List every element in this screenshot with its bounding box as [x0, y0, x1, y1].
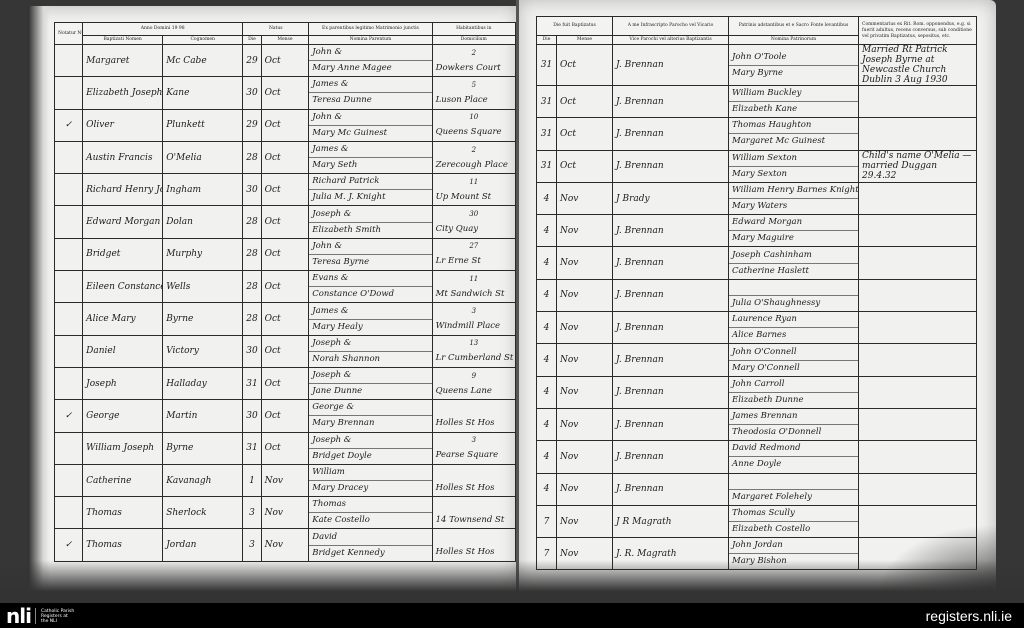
baptism-day: 4 — [537, 344, 557, 376]
baptism-month: Nov — [557, 344, 613, 376]
mother-name: Mary Healy — [309, 320, 431, 335]
father-name: Thomas — [309, 497, 431, 513]
mother-name: Mary Brennan — [309, 416, 431, 431]
address-street: Holles St Hos — [433, 416, 515, 431]
sponsors-names: Thomas ScullyElizabeth Costello — [729, 505, 859, 537]
minister-name: J. Brennan — [613, 279, 729, 311]
address-number — [433, 401, 515, 416]
table-row: ✓GeorgeMartin30OctGeorge &Mary BrennanHo… — [55, 400, 516, 432]
birth-day: 29 — [243, 109, 261, 141]
register-note — [859, 215, 977, 247]
parents-names: Joseph &Norah Shannon — [309, 335, 432, 367]
table-row: Alice MaryByrne28OctJames &Mary Healy3Wi… — [55, 303, 516, 335]
child-surname: Ingham — [163, 174, 243, 206]
birth-day: 30 — [243, 174, 261, 206]
register-note — [859, 408, 977, 440]
header-nomina-parentum: Nomina Parentum — [309, 36, 432, 45]
godfather-name: Edward Morgan — [729, 215, 858, 231]
godfather-name: Laurence Ryan — [729, 312, 858, 328]
address-street: Mt Sandwich St — [433, 287, 515, 302]
address-number: 11 — [433, 175, 515, 190]
birth-day: 30 — [243, 77, 261, 109]
mother-name: Teresa Byrne — [309, 255, 431, 270]
sponsors-names: Margaret Folehely — [729, 473, 859, 505]
sponsors-names: John O'ConnellMary O'Connell — [729, 344, 859, 376]
father-name: David — [309, 530, 431, 546]
address-street: Holles St Hos — [433, 481, 515, 496]
birth-month: Oct — [261, 141, 309, 173]
baptism-day: 4 — [537, 376, 557, 408]
table-row: Elizabeth JosephineKane30OctJames &Teres… — [55, 77, 516, 109]
father-name: James & — [309, 77, 431, 93]
table-row: 4NovJ. BrennanJohn O'ConnellMary O'Conne… — [537, 344, 977, 376]
address-street: Pearse Square — [433, 448, 515, 463]
father-name: Richard Patrick — [309, 174, 431, 190]
father-name: Joseph & — [309, 368, 431, 384]
child-surname: Wells — [163, 271, 243, 303]
birth-month: Oct — [261, 174, 309, 206]
mother-name: Kate Costello — [309, 513, 431, 528]
residence: Holles St Hos — [432, 464, 515, 496]
birth-day: 31 — [243, 367, 261, 399]
baptism-day: 31 — [537, 150, 557, 182]
baptism-month: Nov — [557, 215, 613, 247]
birth-month: Oct — [261, 367, 309, 399]
register-note — [859, 279, 977, 311]
header-numerus: Notatur Numerus — [55, 23, 83, 45]
father-name: William — [309, 465, 431, 481]
birth-day: 28 — [243, 238, 261, 270]
birth-day: 28 — [243, 271, 261, 303]
address-street: Dowkers Court — [433, 61, 515, 76]
register-note: Married Rt Patrick Joseph Byrne at Newca… — [859, 45, 977, 86]
mother-name: Bridget Doyle — [309, 449, 431, 464]
child-surname: Victory — [163, 335, 243, 367]
godfather-name — [729, 280, 858, 296]
godmother-name: Mary Waters — [729, 199, 858, 214]
residence: 9Queens Lane — [432, 367, 515, 399]
verified-mark — [55, 45, 83, 77]
father-name: James & — [309, 304, 431, 320]
parents-names: Joseph &Elizabeth Smith — [309, 206, 432, 238]
godmother-name: Anne Doyle — [729, 457, 858, 472]
minister-name: J. Brennan — [613, 215, 729, 247]
baptism-month: Oct — [557, 150, 613, 182]
godmother-name: Mary Byrne — [729, 66, 858, 81]
address-number: 30 — [433, 207, 515, 222]
verified-mark: ✓ — [55, 109, 83, 141]
parents-names: James &Mary Healy — [309, 303, 432, 335]
baptism-month: Nov — [557, 505, 613, 537]
minister-name: J. Brennan — [613, 150, 729, 182]
godmother-name: Margaret Folehely — [729, 490, 858, 505]
table-row: 4NovJ. BrennanJohn CarrollElizabeth Dunn… — [537, 376, 977, 408]
residence: 10Queens Square — [432, 109, 515, 141]
address-number: 10 — [433, 110, 515, 125]
register-note — [859, 505, 977, 537]
table-row: 31OctJ. BrennanWilliam BuckleyElizabeth … — [537, 86, 977, 118]
logo-text-line: the NLI — [41, 619, 74, 624]
minister-name: J. Brennan — [613, 408, 729, 440]
birth-day: 30 — [243, 400, 261, 432]
birth-month: Oct — [261, 271, 309, 303]
mother-name: Jane Dunne — [309, 384, 431, 399]
footer-bar: nli Catholic Parish Registers at the NLI… — [0, 603, 1024, 628]
baptism-day: 7 — [537, 505, 557, 537]
birth-month: Oct — [261, 109, 309, 141]
address-number: 11 — [433, 272, 515, 287]
birth-month: Oct — [261, 400, 309, 432]
address-number: 3 — [433, 433, 515, 448]
child-name: Bridget — [83, 238, 163, 270]
parents-names: James &Mary Seth — [309, 141, 432, 173]
child-surname: Kane — [163, 77, 243, 109]
residence: 13Lr Cumberland St — [432, 335, 515, 367]
address-street: City Quay — [433, 222, 515, 237]
mother-name: Mary Mc Guinest — [309, 126, 431, 141]
parents-names: John &Mary Anne Magee — [309, 45, 432, 77]
parents-names: Evans &Constance O'Dowd — [309, 271, 432, 303]
baptism-month: Nov — [557, 247, 613, 279]
parents-names: James &Teresa Dunne — [309, 77, 432, 109]
verified-mark — [55, 238, 83, 270]
birth-day: 3 — [243, 497, 261, 529]
child-name: Elizabeth Josephine — [83, 77, 163, 109]
godmother-name: Margaret Mc Guinest — [729, 134, 858, 149]
child-name: Austin Francis — [83, 141, 163, 173]
header-mense: Mense — [557, 36, 613, 45]
godfather-name: William Buckley — [729, 86, 858, 102]
baptism-day: 4 — [537, 247, 557, 279]
logo-text: Catholic Parish Registers at the NLI — [41, 609, 74, 624]
mother-name: Norah Shannon — [309, 352, 431, 367]
godfather-name: John Carroll — [729, 377, 858, 393]
child-surname: Dolan — [163, 206, 243, 238]
father-name: Evans & — [309, 271, 431, 287]
header-notes: Commentarius ex Rit. Rom. opponendus, e.… — [859, 17, 977, 45]
parents-names: John &Mary Mc Guinest — [309, 109, 432, 141]
verified-mark — [55, 271, 83, 303]
child-surname: Murphy — [163, 238, 243, 270]
sponsors-names: Edward MorganMary Maguire — [729, 215, 859, 247]
residence: 14 Townsend St — [432, 497, 515, 529]
logo-divider — [35, 608, 36, 624]
address-number: 2 — [433, 46, 515, 61]
register-note — [859, 182, 977, 214]
minister-name: J. Brennan — [613, 312, 729, 344]
baptism-month: Nov — [557, 312, 613, 344]
nli-logo-mark: nli — [6, 607, 31, 625]
mother-name: Mary Dracey — [309, 481, 431, 496]
table-row: 4NovJ. BrennanJoseph CashinhamCatherine … — [537, 247, 977, 279]
table-row: Richard Henry JosephIngham30OctRichard P… — [55, 174, 516, 206]
child-name: Thomas — [83, 529, 163, 561]
table-row: Edward MorganDolan28OctJoseph &Elizabeth… — [55, 206, 516, 238]
birth-day: 28 — [243, 141, 261, 173]
birth-month: Oct — [261, 238, 309, 270]
table-row: JosephHalladay31OctJoseph &Jane Dunne9Qu… — [55, 367, 516, 399]
child-name: Edward Morgan — [83, 206, 163, 238]
godmother-name: Julia O'Shaughnessy — [729, 296, 858, 311]
father-name: Joseph & — [309, 336, 431, 352]
verified-mark — [55, 174, 83, 206]
verified-mark: ✓ — [55, 529, 83, 561]
table-row: 4NovJ. BrennanLaurence RyanAlice Barnes — [537, 312, 977, 344]
child-name: Alice Mary — [83, 303, 163, 335]
godmother-name: Catherine Haslett — [729, 264, 858, 279]
header-minister: A me Infrascripto Parocho vel Vicario — [613, 17, 729, 36]
baptism-day: 31 — [537, 118, 557, 150]
residence: 11Up Mount St — [432, 174, 515, 206]
residence: 11Mt Sandwich St — [432, 271, 515, 303]
baptism-day: 4 — [537, 182, 557, 214]
child-name: Margaret — [83, 45, 163, 77]
father-name: Joseph & — [309, 433, 431, 449]
father-name: John & — [309, 110, 431, 126]
baptism-month: Nov — [557, 441, 613, 473]
address-street: Queens Square — [433, 125, 515, 140]
sponsors-names: John O'TooleMary Byrne — [729, 45, 859, 86]
birth-day: 29 — [243, 45, 261, 77]
mother-name: Mary Seth — [309, 158, 431, 173]
birth-day: 28 — [243, 206, 261, 238]
register-scan: Notatur Numerus Anno Domini 19 98 Natus … — [0, 0, 1024, 603]
register-note — [859, 344, 977, 376]
sponsors-names: William BuckleyElizabeth Kane — [729, 86, 859, 118]
godfather-name: James Brennan — [729, 409, 858, 425]
birth-month: Nov — [261, 529, 309, 561]
address-number: 5 — [433, 78, 515, 93]
child-surname: Byrne — [163, 303, 243, 335]
birth-month: Oct — [261, 77, 309, 109]
nli-logo[interactable]: nli Catholic Parish Registers at the NLI — [6, 607, 74, 625]
address-number — [433, 466, 515, 481]
father-name: John & — [309, 239, 431, 255]
child-name: Joseph — [83, 367, 163, 399]
godmother-name: Mary O'Connell — [729, 361, 858, 376]
child-name: Daniel — [83, 335, 163, 367]
godfather-name: John O'Toole — [729, 50, 858, 66]
godfather-name: David Redmond — [729, 441, 858, 457]
register-note — [859, 118, 977, 150]
address-number — [433, 530, 515, 545]
header-anno-domini: Anno Domini 19 98 — [83, 23, 243, 36]
father-name: Joseph & — [309, 207, 431, 223]
godfather-name: Joseph Cashinham — [729, 248, 858, 264]
verified-mark: ✓ — [55, 400, 83, 432]
sponsors-names: Thomas HaughtonMargaret Mc Guinest — [729, 118, 859, 150]
godmother-name: Elizabeth Kane — [729, 102, 858, 117]
address-street: Up Mount St — [433, 190, 515, 205]
header-cognomen: Cognomen — [163, 36, 243, 45]
header-natus: Natus — [243, 23, 309, 36]
mother-name: Elizabeth Smith — [309, 223, 431, 238]
register-note: Child's name O'Melia — married Duggan 29… — [859, 150, 977, 182]
parents-names: George &Mary Brennan — [309, 400, 432, 432]
mother-name: Bridget Kennedy — [309, 546, 431, 561]
birth-month: Oct — [261, 303, 309, 335]
minister-name: J R Magrath — [613, 505, 729, 537]
parents-names: John &Teresa Byrne — [309, 238, 432, 270]
verified-mark — [55, 497, 83, 529]
residence: Holles St Hos — [432, 400, 515, 432]
minister-name: J. Brennan — [613, 473, 729, 505]
baptism-day: 4 — [537, 441, 557, 473]
verified-mark — [55, 141, 83, 173]
baptism-month: Nov — [557, 408, 613, 440]
sponsors-names: John CarrollElizabeth Dunne — [729, 376, 859, 408]
table-row: Eileen Constance MaryWells28OctEvans &Co… — [55, 271, 516, 303]
header-habitantibus: Habitantibus in — [432, 23, 515, 36]
birth-month: Oct — [261, 206, 309, 238]
site-link[interactable]: registers.nli.ie — [926, 608, 1012, 624]
parents-names: Richard PatrickJulia M. J. Knight — [309, 174, 432, 206]
residence: 2Zerecough Place — [432, 141, 515, 173]
godfather-name: John Jordan — [729, 538, 858, 554]
address-street: Luson Place — [433, 93, 515, 108]
header-baptized: Die fuit Baptizatus — [537, 17, 613, 36]
mother-name: Mary Anne Magee — [309, 61, 431, 76]
birth-day: 30 — [243, 335, 261, 367]
baptism-day: 4 — [537, 215, 557, 247]
child-name: Oliver — [83, 109, 163, 141]
table-row: ✓ThomasJordan3NovDavidBridget KennedyHol… — [55, 529, 516, 561]
address-street: 14 Townsend St — [433, 513, 515, 528]
child-surname: Kavanagh — [163, 464, 243, 496]
baptism-day: 31 — [537, 45, 557, 86]
register-note — [859, 376, 977, 408]
minister-name: J. Brennan — [613, 45, 729, 86]
parents-names: Joseph &Bridget Doyle — [309, 432, 432, 464]
header-minister-sub: Vice Parochi vel alterius Baptizantis — [613, 36, 729, 45]
residence: 27Lr Erne St — [432, 238, 515, 270]
parents-names: ThomasKate Costello — [309, 497, 432, 529]
residence: 3Pearse Square — [432, 432, 515, 464]
sponsors-names: Julia O'Shaughnessy — [729, 279, 859, 311]
address-number: 9 — [433, 369, 515, 384]
child-name: George — [83, 400, 163, 432]
table-row: MargaretMc Cabe29OctJohn &Mary Anne Mage… — [55, 45, 516, 77]
verified-mark — [55, 367, 83, 399]
baptism-month: Nov — [557, 182, 613, 214]
child-name: Thomas — [83, 497, 163, 529]
birth-month: Oct — [261, 432, 309, 464]
mother-name: Julia M. J. Knight — [309, 190, 431, 205]
minister-name: J. Brennan — [613, 118, 729, 150]
child-surname: Jordan — [163, 529, 243, 561]
address-number: 3 — [433, 304, 515, 319]
father-name: John & — [309, 45, 431, 61]
birth-month: Nov — [261, 464, 309, 496]
address-street: Zerecough Place — [433, 158, 515, 173]
child-surname: O'Melia — [163, 141, 243, 173]
table-row: 4NovJ. BrennanEdward MorganMary Maguire — [537, 215, 977, 247]
sponsors-names: James BrennanTheodosia O'Donnell — [729, 408, 859, 440]
father-name: James & — [309, 142, 431, 158]
verified-mark — [55, 303, 83, 335]
child-name: William Joseph — [83, 432, 163, 464]
parents-names: WilliamMary Dracey — [309, 464, 432, 496]
address-street: Queens Lane — [433, 384, 515, 399]
table-row: 4NovJ. BrennanJulia O'Shaughnessy — [537, 279, 977, 311]
address-street: Lr Cumberland St — [433, 351, 515, 366]
baptism-month: Oct — [557, 118, 613, 150]
child-surname: Plunkett — [163, 109, 243, 141]
minister-name: J. Brennan — [613, 376, 729, 408]
baptism-day: 31 — [537, 86, 557, 118]
baptism-month: Nov — [557, 376, 613, 408]
verified-mark — [55, 432, 83, 464]
verified-mark — [55, 335, 83, 367]
godfather-name: William Henry Barnes Knight — [729, 183, 858, 199]
sponsors-names: William SextonMary Sexton — [729, 150, 859, 182]
birth-day: 28 — [243, 303, 261, 335]
child-surname: Sherlock — [163, 497, 243, 529]
child-surname: Byrne — [163, 432, 243, 464]
baptism-register-right: Die fuit Baptizatus A me Infrascripto Pa… — [536, 16, 977, 570]
sponsors-names: David RedmondAnne Doyle — [729, 441, 859, 473]
minister-name: J. Brennan — [613, 344, 729, 376]
mother-name: Constance O'Dowd — [309, 287, 431, 302]
birth-month: Nov — [261, 497, 309, 529]
birth-day: 1 — [243, 464, 261, 496]
address-number: 27 — [433, 239, 515, 254]
child-surname: Mc Cabe — [163, 45, 243, 77]
logo-text-line: Catholic Parish — [41, 609, 74, 614]
minister-name: J. Brennan — [613, 247, 729, 279]
sponsors-names: Joseph CashinhamCatherine Haslett — [729, 247, 859, 279]
table-row: 4NovJ. BrennanDavid RedmondAnne Doyle — [537, 441, 977, 473]
register-note — [859, 247, 977, 279]
godmother-name: Elizabeth Dunne — [729, 393, 858, 408]
baptism-day: 4 — [537, 473, 557, 505]
baptism-day: 4 — [537, 279, 557, 311]
register-note — [859, 312, 977, 344]
baptism-day: 4 — [537, 408, 557, 440]
register-note — [859, 441, 977, 473]
mother-name: Teresa Dunne — [309, 93, 431, 108]
residence: 2Dowkers Court — [432, 45, 515, 77]
register-note — [859, 473, 977, 505]
table-row: BridgetMurphy28OctJohn &Teresa Byrne27Lr… — [55, 238, 516, 270]
header-dies: Die — [537, 36, 557, 45]
baptism-month: Oct — [557, 86, 613, 118]
address-number: 13 — [433, 336, 515, 351]
header-baptizati-nomen: Baptizati Nomen — [83, 36, 163, 45]
address-street: Windmill Place — [433, 319, 515, 334]
header-dies: Die — [243, 36, 261, 45]
sponsors-names: Laurence RyanAlice Barnes — [729, 312, 859, 344]
residence: Holles St Hos — [432, 529, 515, 561]
residence: 5Luson Place — [432, 77, 515, 109]
table-row: 4NovJ. BrennanMargaret Folehely — [537, 473, 977, 505]
minister-name: J Brady — [613, 182, 729, 214]
godmother-name: Alice Barnes — [729, 328, 858, 343]
address-number — [433, 498, 515, 513]
verified-mark — [55, 77, 83, 109]
godfather-name: Thomas Haughton — [729, 118, 858, 134]
residence: 30City Quay — [432, 206, 515, 238]
address-number: 2 — [433, 143, 515, 158]
header-parentes: Ex parentibus legitimo Matrimonio juncti… — [309, 23, 432, 36]
godfather-name — [729, 474, 858, 490]
godmother-name: Mary Maguire — [729, 231, 858, 246]
baptism-day: 4 — [537, 312, 557, 344]
table-row: DanielVictory30OctJoseph &Norah Shannon1… — [55, 335, 516, 367]
scan-shadow — [0, 560, 1024, 605]
birth-month: Oct — [261, 45, 309, 77]
table-row: 4NovJ. BrennanJames BrennanTheodosia O'D… — [537, 408, 977, 440]
